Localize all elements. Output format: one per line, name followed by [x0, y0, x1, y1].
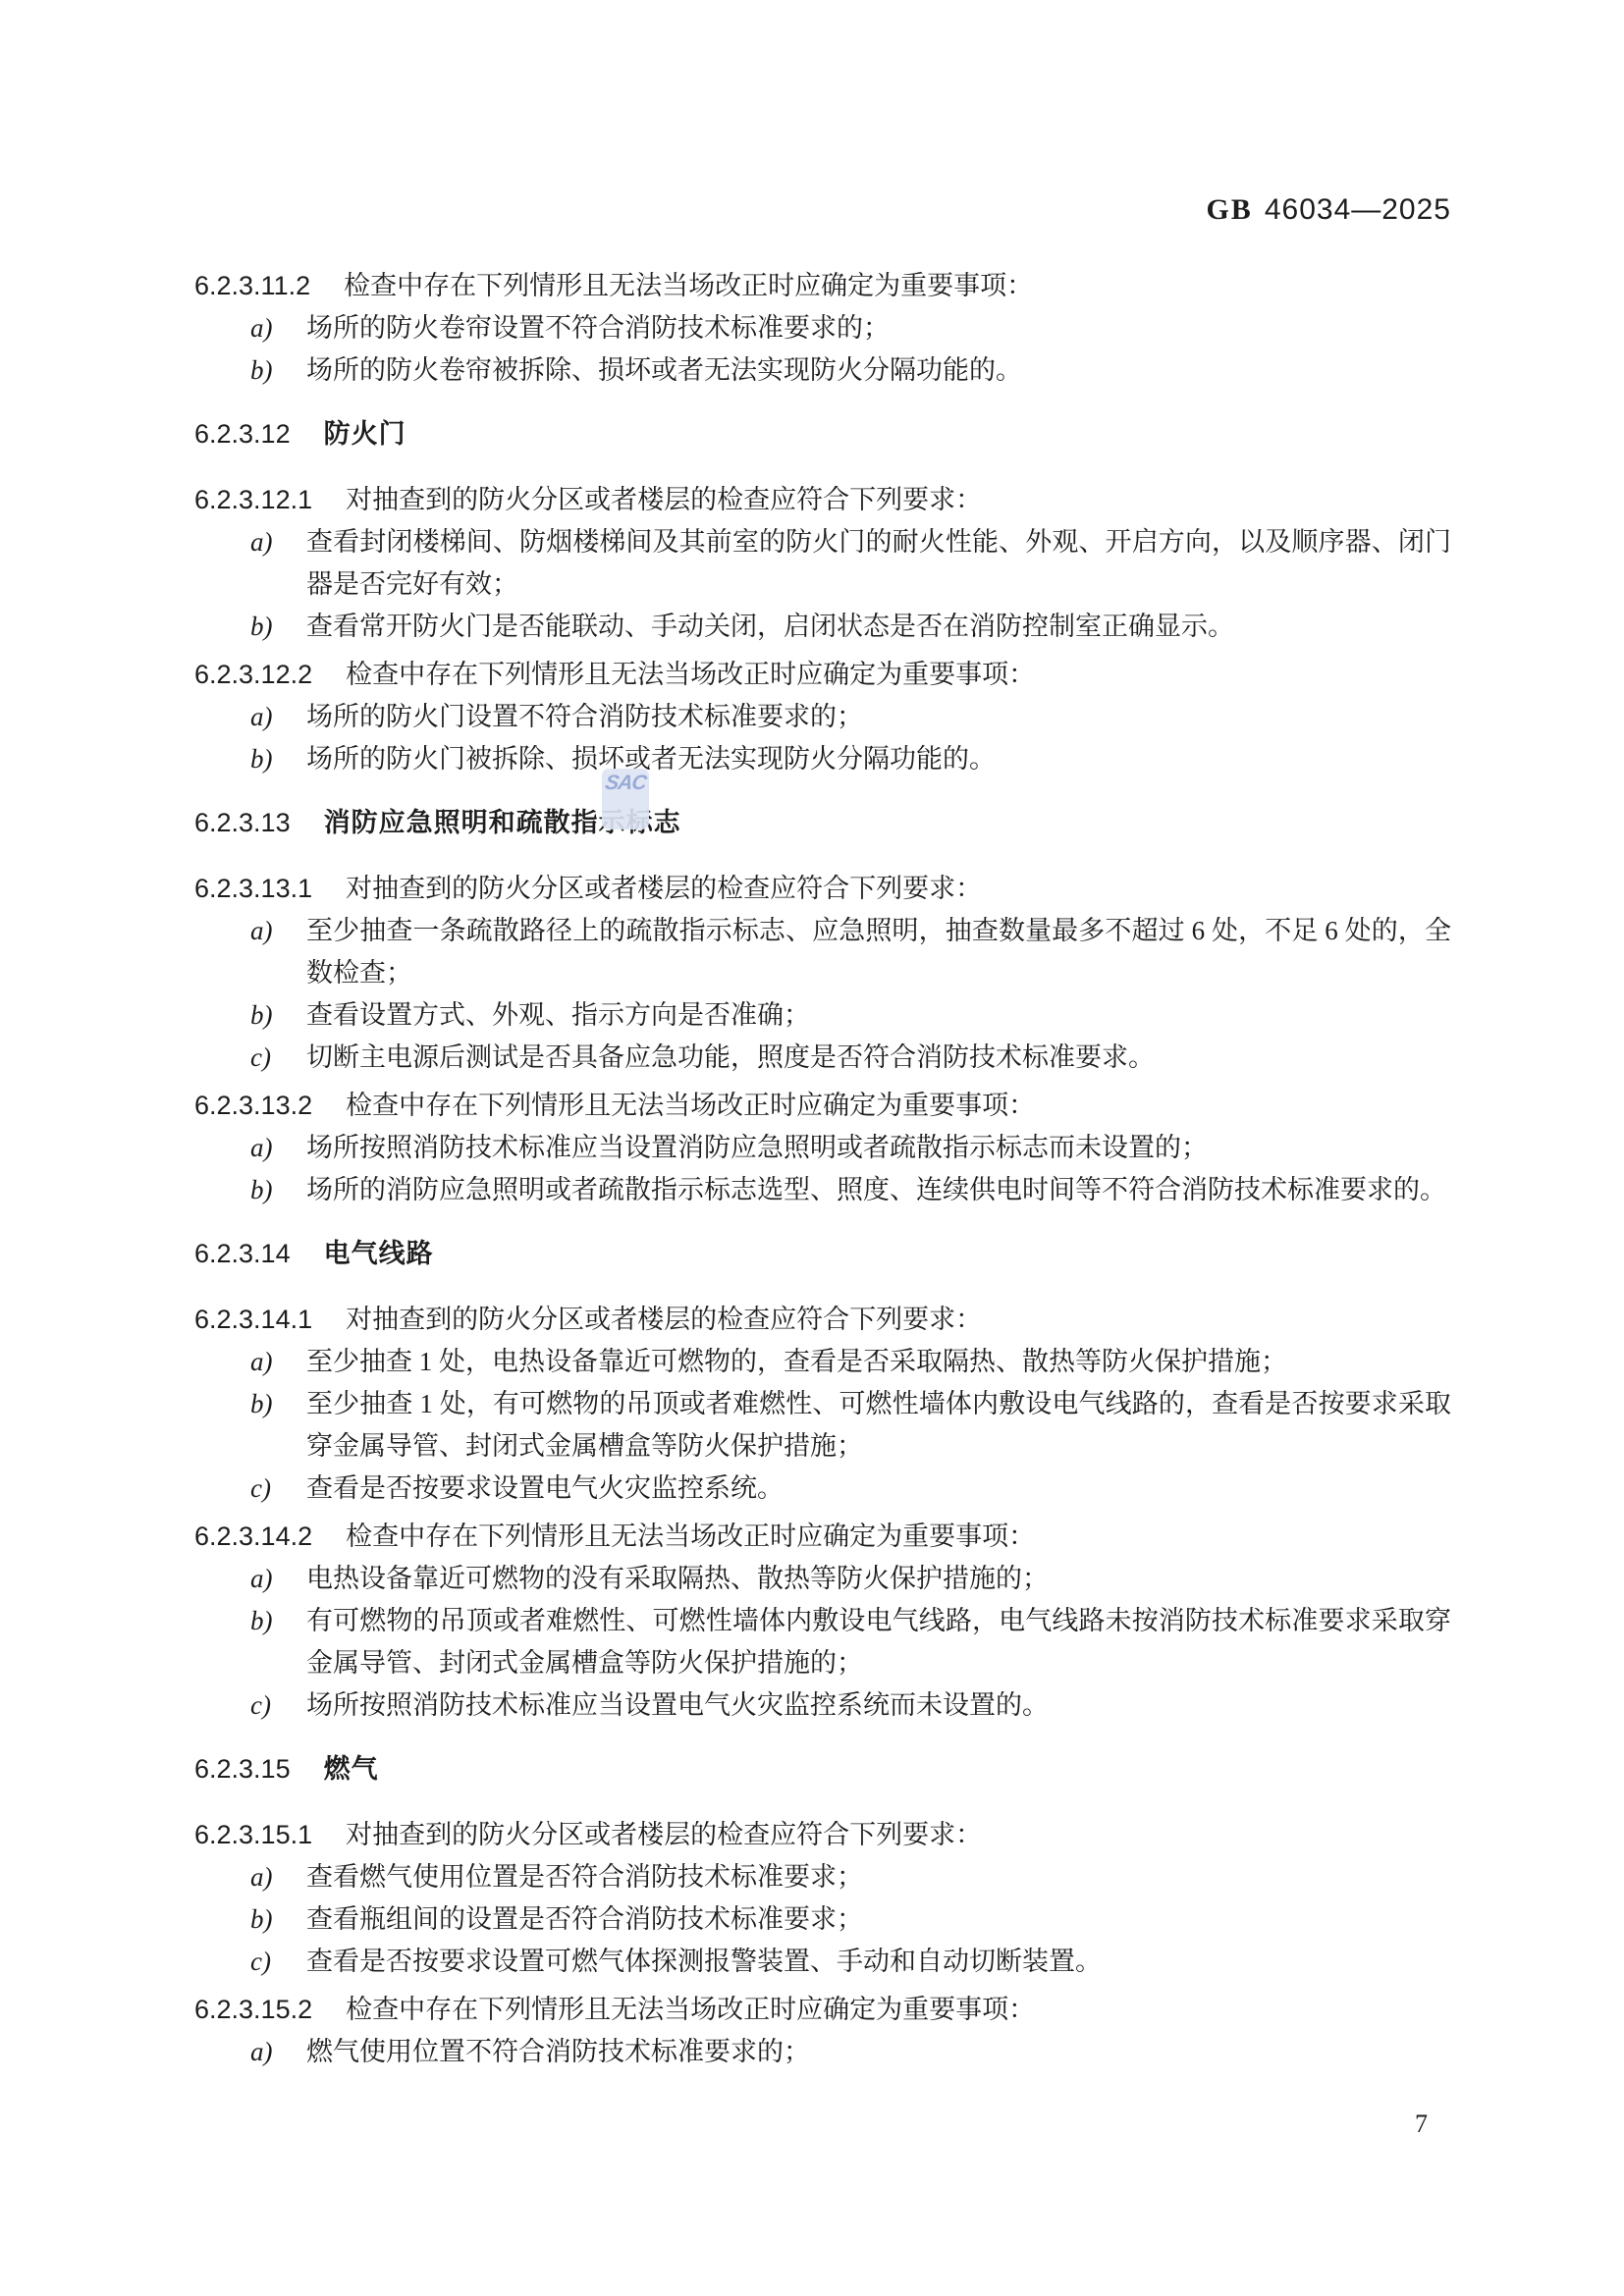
item-text: 场所的消防应急照明或者疏散指示标志选型、照度、连续供电时间等不符合消防技术标准要…	[306, 1175, 1446, 1204]
section-title: 电气线路	[324, 1239, 434, 1268]
item-text: 查看封闭楼梯间、防烟楼梯间及其前室的防火门的耐火性能、外观、开启方向，以及顺序器…	[306, 527, 1451, 599]
standard-code-number: 46034—2025	[1265, 193, 1451, 226]
item-text: 查看是否按要求设置电气火灾监控系统。	[306, 1473, 784, 1503]
clause-number: 6.2.3.15.1	[194, 1820, 312, 1849]
list-item: a)至少抽查 1 处，电热设备靠近可燃物的，查看是否采取隔热、散热等防火保护措施…	[194, 1341, 1451, 1383]
item-text: 电热设备靠近可燃物的没有采取隔热、散热等防火保护措施的；	[306, 1564, 1049, 1593]
item-letter: c)	[250, 1684, 271, 1727]
list-item: a)场所的防火卷帘设置不符合消防技术标准要求的；	[194, 307, 1451, 349]
item-text: 查看是否按要求设置可燃气体探测报警装置、手动和自动切断装置。	[306, 1947, 1102, 1976]
list-item: b)场所的防火门被拆除、损坏或者无法实现防火分隔功能的。	[194, 738, 1451, 780]
item-letter: a)	[250, 1856, 273, 1898]
item-text: 查看设置方式、外观、指示方向是否准确；	[306, 1000, 810, 1030]
item-letter: a)	[250, 521, 273, 563]
clause-text: 检查中存在下列情形且无法当场改正时应确定为重要事项：	[344, 271, 1033, 300]
clause-number: 6.2.3.13	[194, 808, 291, 837]
clause-number: 6.2.3.14.1	[194, 1305, 312, 1334]
item-text: 至少抽查一条疏散路径上的疏散指示标志、应急照明，抽查数量最多不超过 6 处，不足…	[306, 916, 1451, 988]
item-letter: a)	[250, 307, 273, 349]
item-letter: b)	[250, 1898, 273, 1941]
clause-paragraph: 6.2.3.15.2检查中存在下列情形且无法当场改正时应确定为重要事项：	[194, 1989, 1451, 2031]
list-item: c)查看是否按要求设置可燃气体探测报警装置、手动和自动切断装置。	[194, 1941, 1451, 1983]
item-text: 场所的防火门被拆除、损坏或者无法实现防火分隔功能的。	[306, 744, 996, 774]
item-letter: b)	[250, 1600, 273, 1642]
clause-number: 6.2.3.11.2	[194, 271, 310, 300]
item-text: 有可燃物的吊顶或者难燃性、可燃性墙体内敷设电气线路，电气线路未按消防技术标准要求…	[306, 1606, 1451, 1678]
section-heading: 6.2.3.12防火门	[194, 413, 1451, 455]
list-item: a)电热设备靠近可燃物的没有采取隔热、散热等防火保护措施的；	[194, 1558, 1451, 1600]
clause-paragraph: 6.2.3.11.2检查中存在下列情形且无法当场改正时应确定为重要事项：	[194, 265, 1451, 307]
clause-number: 6.2.3.15.2	[194, 1995, 312, 2024]
clause-number: 6.2.3.13.1	[194, 874, 312, 903]
list-item: b)场所的防火卷帘被拆除、损坏或者无法实现防火分隔功能的。	[194, 349, 1451, 392]
item-text: 燃气使用位置不符合消防技术标准要求的；	[306, 2037, 810, 2066]
list-item: a)燃气使用位置不符合消防技术标准要求的；	[194, 2031, 1451, 2073]
clause-number: 6.2.3.14.2	[194, 1522, 312, 1551]
item-letter: c)	[250, 1468, 271, 1510]
clause-number: 6.2.3.12.2	[194, 660, 312, 689]
item-text: 场所的防火卷帘设置不符合消防技术标准要求的；	[306, 313, 890, 343]
clause-paragraph: 6.2.3.13.2检查中存在下列情形且无法当场改正时应确定为重要事项：	[194, 1085, 1451, 1127]
list-item: c)切断主电源后测试是否具备应急功能，照度是否符合消防技术标准要求。	[194, 1037, 1451, 1079]
list-item: c)场所按照消防技术标准应当设置电气火灾监控系统而未设置的。	[194, 1684, 1451, 1727]
clause-text: 对抽查到的防火分区或者楼层的检查应符合下列要求：	[346, 874, 982, 903]
clause-paragraph: 6.2.3.14.1对抽查到的防火分区或者楼层的检查应符合下列要求：	[194, 1299, 1451, 1341]
item-text: 场所按照消防技术标准应当设置消防应急照明或者疏散指示标志而未设置的；	[306, 1133, 1208, 1162]
standard-code-prefix: GB	[1206, 193, 1252, 226]
clause-paragraph: 6.2.3.13.1对抽查到的防火分区或者楼层的检查应符合下列要求：	[194, 868, 1451, 910]
item-letter: b)	[250, 1383, 273, 1425]
item-letter: a)	[250, 1341, 273, 1383]
clause-number: 6.2.3.12	[194, 419, 291, 449]
list-item: a)至少抽查一条疏散路径上的疏散指示标志、应急照明，抽查数量最多不超过 6 处，…	[194, 910, 1451, 994]
item-text: 场所的防火门设置不符合消防技术标准要求的；	[306, 702, 863, 731]
list-item: b)查看瓶组间的设置是否符合消防技术标准要求；	[194, 1898, 1451, 1941]
item-text: 查看燃气使用位置是否符合消防技术标准要求；	[306, 1862, 863, 1892]
clause-text: 检查中存在下列情形且无法当场改正时应确定为重要事项：	[346, 1091, 1035, 1120]
clause-number: 6.2.3.12.1	[194, 485, 312, 514]
list-item: b)有可燃物的吊顶或者难燃性、可燃性墙体内敷设电气线路，电气线路未按消防技术标准…	[194, 1600, 1451, 1684]
list-item: b)至少抽查 1 处，有可燃物的吊顶或者难燃性、可燃性墙体内敷设电气线路的，查看…	[194, 1383, 1451, 1468]
item-letter: b)	[250, 606, 273, 648]
document-body: 6.2.3.11.2检查中存在下列情形且无法当场改正时应确定为重要事项：a)场所…	[194, 259, 1451, 2073]
item-letter: b)	[250, 1169, 273, 1211]
item-letter: b)	[250, 349, 273, 392]
clause-paragraph: 6.2.3.12.1对抽查到的防火分区或者楼层的检查应符合下列要求：	[194, 479, 1451, 521]
list-item: a)查看燃气使用位置是否符合消防技术标准要求；	[194, 1856, 1451, 1898]
section-title: 防火门	[324, 419, 406, 449]
list-item: c)查看是否按要求设置电气火灾监控系统。	[194, 1468, 1451, 1510]
section-heading: 6.2.3.14电气线路	[194, 1233, 1451, 1275]
page-number: 7	[1415, 2109, 1428, 2138]
item-text: 切断主电源后测试是否具备应急功能，照度是否符合消防技术标准要求。	[306, 1042, 1155, 1072]
item-letter: a)	[250, 1558, 273, 1600]
clause-text: 检查中存在下列情形且无法当场改正时应确定为重要事项：	[346, 660, 1035, 689]
list-item: b)查看设置方式、外观、指示方向是否准确；	[194, 994, 1451, 1037]
clause-number: 6.2.3.13.2	[194, 1091, 312, 1120]
clause-number: 6.2.3.15	[194, 1754, 291, 1784]
item-letter: a)	[250, 1127, 273, 1169]
item-letter: a)	[250, 2031, 273, 2073]
clause-text: 对抽查到的防火分区或者楼层的检查应符合下列要求：	[346, 1820, 982, 1849]
item-text: 至少抽查 1 处，电热设备靠近可燃物的，查看是否采取隔热、散热等防火保护措施；	[306, 1347, 1287, 1376]
list-item: a)场所的防火门设置不符合消防技术标准要求的；	[194, 696, 1451, 738]
clause-paragraph: 6.2.3.15.1对抽查到的防火分区或者楼层的检查应符合下列要求：	[194, 1814, 1451, 1856]
list-item: a)场所按照消防技术标准应当设置消防应急照明或者疏散指示标志而未设置的；	[194, 1127, 1451, 1169]
item-letter: a)	[250, 910, 273, 952]
item-letter: b)	[250, 738, 273, 780]
clause-number: 6.2.3.14	[194, 1239, 291, 1268]
clause-text: 检查中存在下列情形且无法当场改正时应确定为重要事项：	[346, 1995, 1035, 2024]
item-letter: b)	[250, 994, 273, 1037]
document-page: GB46034—2025 6.2.3.11.2检查中存在下列情形且无法当场改正时…	[0, 0, 1624, 2296]
item-letter: c)	[250, 1941, 271, 1983]
clause-paragraph: 6.2.3.12.2检查中存在下列情形且无法当场改正时应确定为重要事项：	[194, 654, 1451, 696]
item-text: 场所的防火卷帘被拆除、损坏或者无法实现防火分隔功能的。	[306, 355, 1022, 385]
item-text: 查看常开防火门是否能联动、手动关闭，启闭状态是否在消防控制室正确显示。	[306, 612, 1234, 641]
item-text: 查看瓶组间的设置是否符合消防技术标准要求；	[306, 1904, 863, 1934]
list-item: a)查看封闭楼梯间、防烟楼梯间及其前室的防火门的耐火性能、外观、开启方向，以及顺…	[194, 521, 1451, 606]
clause-text: 对抽查到的防火分区或者楼层的检查应符合下列要求：	[346, 485, 982, 514]
section-title: 燃气	[324, 1754, 379, 1784]
section-heading: 6.2.3.13消防应急照明和疏散指示标志	[194, 802, 1451, 844]
section-title: 消防应急照明和疏散指示标志	[324, 808, 681, 837]
clause-text: 对抽查到的防火分区或者楼层的检查应符合下列要求：	[346, 1305, 982, 1334]
item-letter: c)	[250, 1037, 271, 1079]
item-text: 至少抽查 1 处，有可燃物的吊顶或者难燃性、可燃性墙体内敷设电气线路的，查看是否…	[306, 1389, 1451, 1461]
clause-text: 检查中存在下列情形且无法当场改正时应确定为重要事项：	[346, 1522, 1035, 1551]
page-footer: 7	[194, 2109, 1451, 2140]
clause-paragraph: 6.2.3.14.2检查中存在下列情形且无法当场改正时应确定为重要事项：	[194, 1516, 1451, 1558]
standard-code-header: GB46034—2025	[194, 193, 1451, 227]
item-text: 场所按照消防技术标准应当设置电气火灾监控系统而未设置的。	[306, 1690, 1049, 1720]
section-heading: 6.2.3.15燃气	[194, 1748, 1451, 1790]
list-item: b)场所的消防应急照明或者疏散指示标志选型、照度、连续供电时间等不符合消防技术标…	[194, 1169, 1451, 1211]
item-letter: a)	[250, 696, 273, 738]
list-item: b)查看常开防火门是否能联动、手动关闭，启闭状态是否在消防控制室正确显示。	[194, 606, 1451, 648]
